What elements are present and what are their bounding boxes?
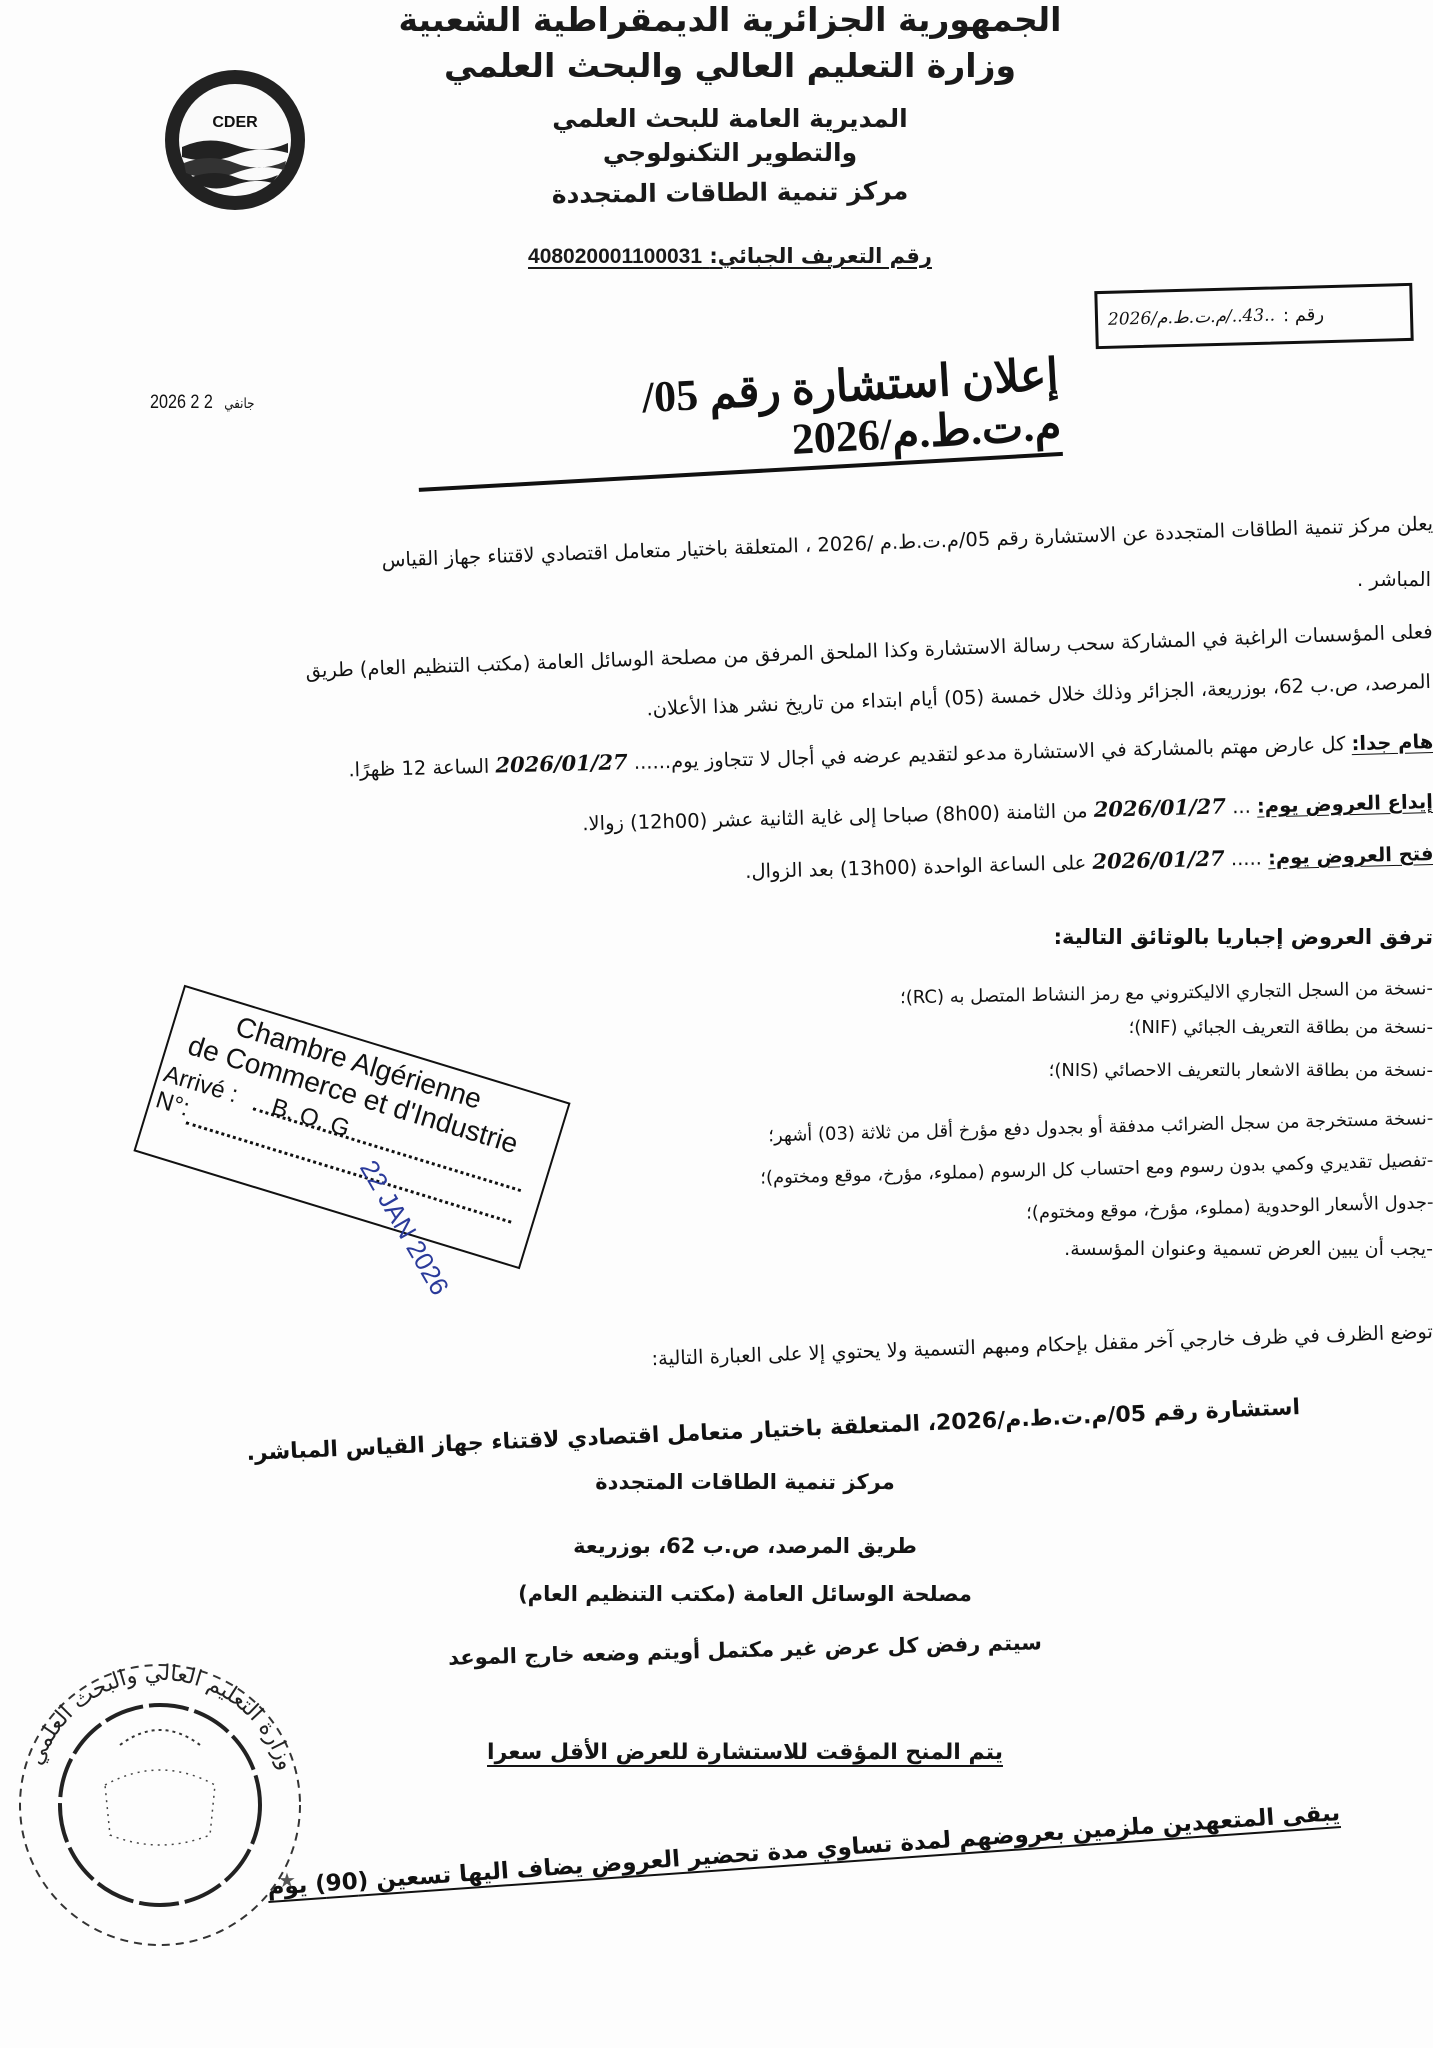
- opening-line: فتح العروض يوم: ..... 2026/01/27 على الس…: [744, 840, 1433, 883]
- important-notice: هام جدا: كل عارض مهتم بالمشاركة في الاست…: [348, 728, 1433, 781]
- envelope-line-2: مركز تنمية الطاقات المتجددة: [200, 1470, 1290, 1494]
- header-tax-id: رقم التعريف الجبائي: 408020001100031: [380, 244, 1080, 269]
- deposit-label: إيداع العروض يوم:: [1257, 790, 1433, 818]
- header-directorate-2: والتطوير التكنولوجي: [380, 138, 1080, 167]
- intro-line-2: المباشر .: [1357, 568, 1431, 591]
- cder-logo: CDER: [160, 65, 310, 215]
- document-date: 2026 جانفي 2 2: [150, 392, 286, 414]
- page-title: إعلان استشارة رقم 05/م.ت.ط.م/2026: [413, 350, 1063, 492]
- commitment-notice: يبقى المتعهدين ملزمين بعروضهم لمدة تساوي…: [172, 1800, 1341, 1908]
- document-item: -نسخة من السجل التجاري الاليكتروني مع رم…: [900, 978, 1433, 1008]
- award-notice: يتم المنح المؤقت للاستشارة للعرض الأقل س…: [200, 1740, 1290, 1765]
- important-suffix: الساعة 12 ظهرًا.: [348, 755, 489, 782]
- date-year: 2026: [150, 392, 186, 413]
- important-label: هام جدا:: [1351, 730, 1433, 755]
- documents-heading: ترفق العروض إجباريا بالوثائق التالية:: [1054, 925, 1433, 949]
- envelope-instruction: توضع الظرف في ظرف خارجي آخر مقفل بإحكام …: [651, 1320, 1433, 1370]
- document-item: -نسخة من بطاقة الاشعار بالتعريف الاحصائي…: [1049, 1060, 1433, 1081]
- important-date-handwritten: 2026/01/27: [495, 749, 628, 777]
- header-directorate-1: المديرية العامة للبحث العلمي: [380, 104, 1080, 133]
- deposit-text: من الثامنة (8h00) صباحا إلى غاية الثانية…: [582, 799, 1088, 835]
- envelope-line-5: سيتم رفض كل عرض غير مكتمل أويتم وضعه خار…: [200, 1624, 1290, 1677]
- reference-label: رقم :: [1283, 304, 1325, 326]
- opening-text: على الساعة الواحدة (13h00) بعد الزوال.: [745, 851, 1087, 883]
- svg-text:وزارة التعليم العالي والبحث ال: وزارة التعليم العالي والبحث العلمي: [23, 1661, 298, 1773]
- reception-stamp: Chambre Algérienne de Commerce et d'Indu…: [133, 985, 570, 1270]
- date-day: 2 2: [190, 392, 212, 413]
- official-seal-icon: وزارة التعليم العالي والبحث العلمي ★: [10, 1655, 310, 1955]
- cder-logo-icon: CDER: [160, 65, 310, 215]
- tax-id-label: رقم التعريف الجبائي:: [709, 244, 932, 268]
- official-round-stamp: وزارة التعليم العالي والبحث العلمي ★: [10, 1655, 310, 1955]
- important-text: كل عارض مهتم بالمشاركة في الاستشارة مدعو…: [633, 732, 1345, 774]
- withdraw-line-2: المرصد، ص.ب 62، بوزريعة، الجزائر وذلك خل…: [646, 670, 1431, 720]
- document-item: -تفصيل تقديري وكمي بدون رسوم ومع احتساب …: [760, 1150, 1433, 1189]
- envelope-line-1: استشارة رقم 05/م.ت.ط.م/2026، المتعلقة با…: [210, 1395, 1300, 1468]
- document-item: -نسخة من بطاقة التعريف الجبائي (NIF)؛: [1129, 1017, 1433, 1038]
- envelope-line-4: مصلحة الوسائل العامة (مكتب التنظيم العام…: [200, 1582, 1290, 1606]
- tax-id-value: 408020001100031: [528, 245, 702, 268]
- deposit-line: إيداع العروض يوم: ... 2026/01/27 من الثا…: [582, 788, 1433, 835]
- reference-value: ..43../م.ت.ط.م/2026: [1108, 305, 1275, 329]
- header-ministry: وزارة التعليم العالي والبحث العلمي: [380, 46, 1080, 85]
- star-icon: ★: [278, 1868, 296, 1892]
- withdraw-line-1: فعلى المؤسسات الراغبة في المشاركة سحب رس…: [306, 620, 1433, 682]
- header-center: مركز تنمية الطاقات المتجددة: [380, 174, 1080, 210]
- opening-label: فتح العروض يوم:: [1267, 842, 1433, 869]
- header-republic: الجمهورية الجزائرية الديمقراطية الشعبية: [380, 0, 1080, 39]
- date-month: جانفي: [224, 395, 254, 411]
- svg-text:CDER: CDER: [212, 114, 258, 131]
- opening-date-handwritten: 2026/01/27: [1092, 845, 1225, 873]
- deposit-date-handwritten: 2026/01/27: [1094, 793, 1227, 821]
- document-item: -نسخة مستخرجة من سجل الضرائب مدفقة أو بج…: [768, 1108, 1433, 1146]
- envelope-line-3: طريق المرصد، ص.ب 62، بوزريعة: [200, 1534, 1290, 1558]
- document-item: -جدول الأسعار الوحدوية (مملوء، مؤرخ، موق…: [1025, 1192, 1433, 1224]
- reference-box: رقم : ..43../م.ت.ط.م/2026: [1094, 283, 1413, 349]
- intro-line-1: يعلن مركز تنمية الطاقات المتجددة عن الاس…: [381, 512, 1433, 572]
- document-item: -يجب أن يبين العرض تسمية وعنوان المؤسسة.: [1064, 1238, 1433, 1260]
